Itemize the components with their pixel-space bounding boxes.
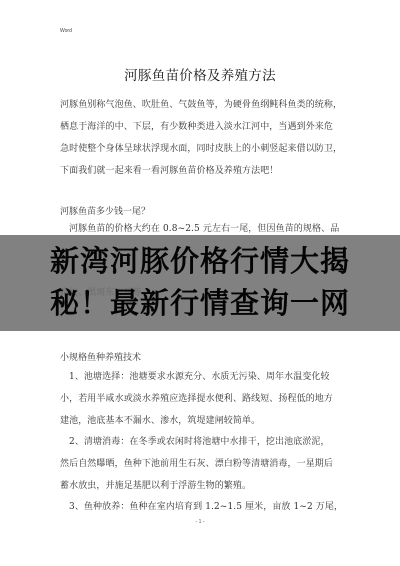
technique-paragraph-1: 1、池塘选择：池塘要求水源充分、水质无污染、周年水温变化较 小，若用半咸水或淡水… (60, 366, 342, 432)
overlay-headline: 新湾河豚价格行情大揭 秘！最新行情查询一网 (0, 240, 400, 324)
price-heading: 河豚鱼苗多少钱一尾？ (60, 204, 150, 217)
technique-line: 然后自然曝晒，鱼种下池前用生石灰、漂白粉等清塘消毒，一星期后 (60, 453, 342, 475)
overlay-headline-line: 新湾河豚价格行情大揭 (0, 240, 400, 282)
intro-line: 栖息于海洋的中、下层，有少数种类进入淡水江河中，当遇到外来危 (60, 116, 342, 138)
page-number: - 1 - (0, 519, 400, 525)
document-title: 河豚鱼苗价格及养殖方法 (0, 64, 400, 84)
overlay-headline-line: 秘！最新行情查询一网 (0, 282, 400, 324)
intro-line: 河豚鱼别称气泡鱼、吹肚鱼、气鼓鱼等，为硬骨鱼纲鲀科鱼类的统称， (60, 94, 342, 116)
technique-line: 小，若用半咸水或淡水养殖应选择提水便利、路线短、扬程低的地方 (60, 388, 342, 410)
technique-line: 2、清塘消毒：在冬季或农闲时将池塘中水排干，挖出池底淤泥， (60, 431, 342, 453)
document-page: Word 河豚鱼苗价格及养殖方法 河豚鱼别称气泡鱼、吹肚鱼、气鼓鱼等，为硬骨鱼纲… (0, 0, 400, 566)
intro-paragraph: 河豚鱼别称气泡鱼、吹肚鱼、气鼓鱼等，为硬骨鱼纲鲀科鱼类的统称， 栖息于海洋的中、… (60, 94, 342, 182)
technique-line: 3、鱼种放养：鱼种在室内培育到 1.2~1.5 厘米，亩放 1~2 万尾， (60, 496, 342, 518)
technique-paragraph-2: 2、清塘消毒：在冬季或农闲时将池塘中水排干，挖出池底淤泥， 然后自然曝晒，鱼种下… (60, 431, 342, 497)
technique-heading: 小规格鱼种养殖技术 (60, 350, 141, 363)
technique-line: 1、池塘选择：池塘要求水源充分、水质无污染、周年水温变化较 (60, 366, 342, 388)
intro-line: 急时使整个身体呈球状浮现水面，同时皮肤上的小刺竖起来借以防卫， (60, 138, 342, 160)
technique-paragraph-3: 3、鱼种放养：鱼种在室内培育到 1.2~1.5 厘米，亩放 1~2 万尾， (60, 496, 342, 518)
header-label: Word (60, 28, 72, 34)
technique-line: 建池，池底基本不漏水、渗水，筑堤建闸较简单。 (60, 410, 342, 432)
technique-line: 蓄水放虫，并施足基肥以利于浮游生物的繁殖。 (60, 475, 342, 497)
intro-line: 下面我们就一起来看一看河豚鱼苗价格及养殖方法吧！ (60, 160, 342, 182)
